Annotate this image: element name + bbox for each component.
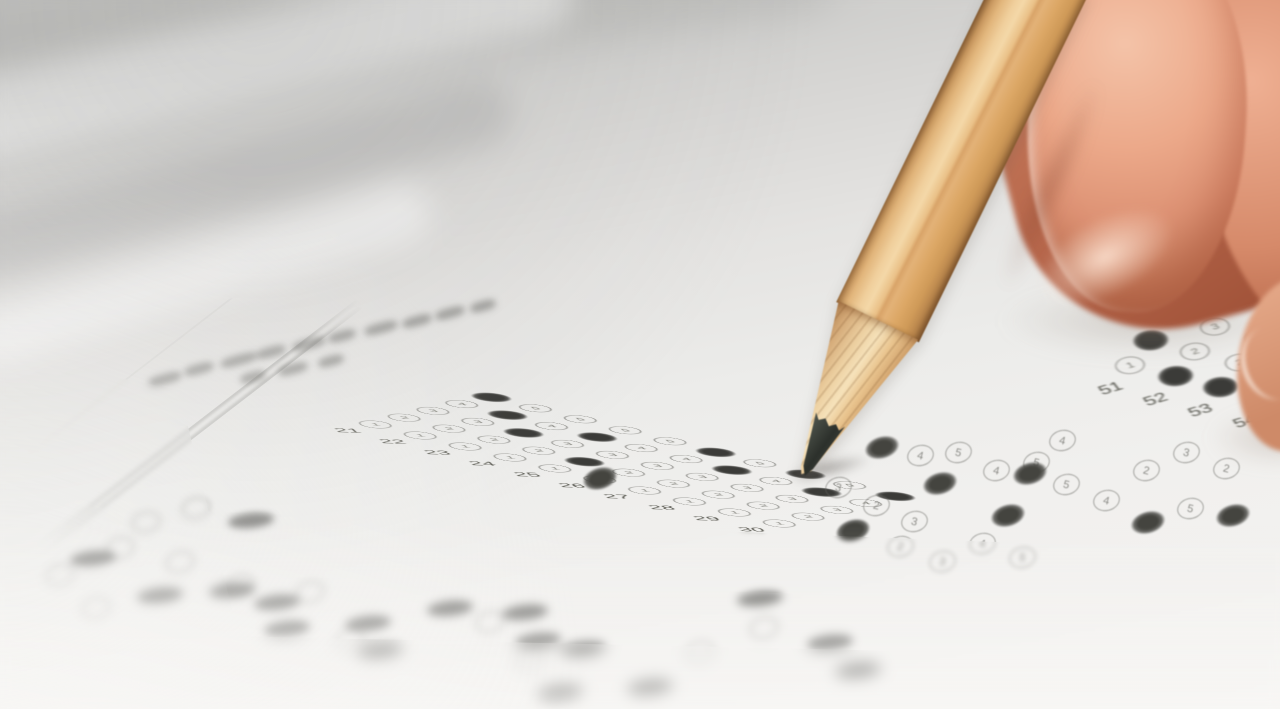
scantron-photo-scene: 2112342212352312452412352513452612342712…: [0, 0, 1280, 709]
hand: [0, 0, 1280, 709]
